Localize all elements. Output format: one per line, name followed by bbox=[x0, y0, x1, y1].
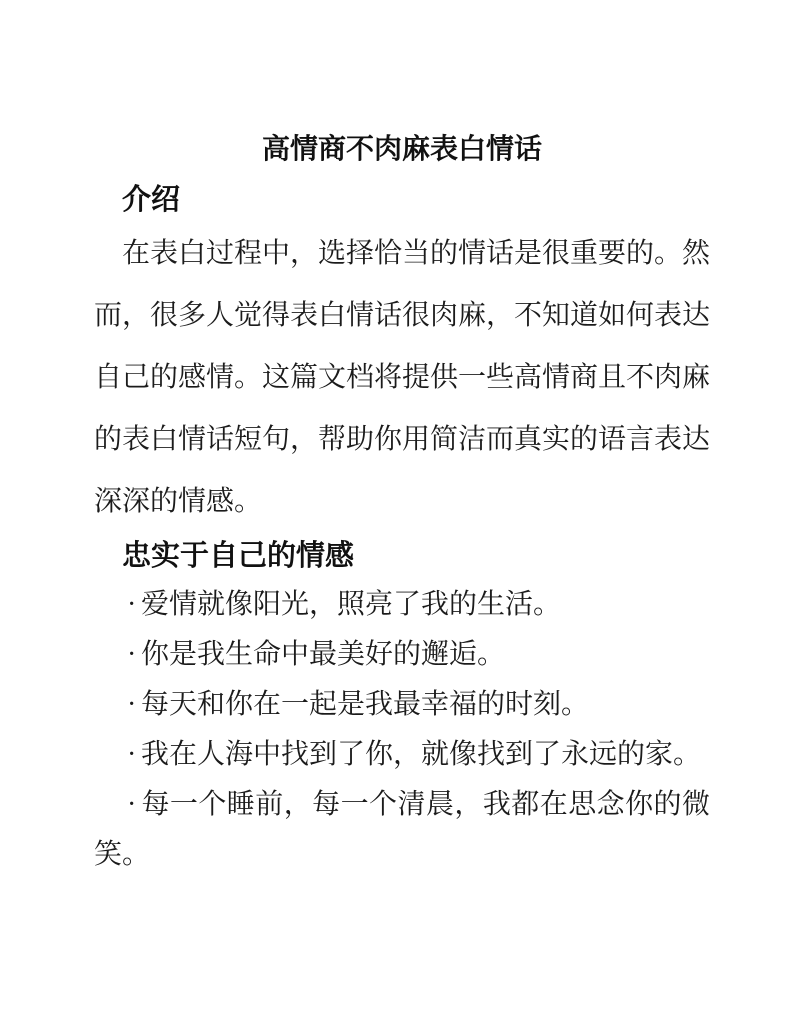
bullet-icon: · bbox=[127, 680, 141, 730]
bullet-icon: · bbox=[127, 580, 141, 630]
list-item-text: 我在人海中找到了你，就像找到了永远的家。 bbox=[141, 739, 701, 770]
document-title: 高情商不肉麻表白情话 bbox=[94, 132, 710, 166]
list-item: ·每天和你在一起是我最幸福的时刻。 bbox=[94, 680, 710, 730]
bullet-icon: · bbox=[127, 630, 141, 680]
bullet-icon: · bbox=[127, 780, 141, 830]
list-item: ·你是我生命中最美好的邂逅。 bbox=[94, 630, 710, 680]
document-content: 高情商不肉麻表白情话 介绍 在表白过程中，选择恰当的情话是很重要的。然而，很多人… bbox=[0, 0, 800, 880]
list-item-text: 你是我生命中最美好的邂逅。 bbox=[141, 639, 505, 670]
list-item: ·我在人海中找到了你，就像找到了永远的家。 bbox=[94, 730, 710, 780]
list-item-text: 爱情就像阳光，照亮了我的生活。 bbox=[141, 589, 561, 620]
list-item-text: 每一个睡前，每一个清晨，我都在思念你的微笑。 bbox=[94, 789, 710, 870]
section-heading-emotions: 忠实于自己的情感 bbox=[122, 540, 710, 572]
section-heading-intro: 介绍 bbox=[122, 184, 710, 216]
intro-paragraph: 在表白过程中，选择恰当的情话是很重要的。然而，很多人觉得表白情话很肉麻，不知道如… bbox=[94, 223, 710, 533]
bullet-icon: · bbox=[127, 730, 141, 780]
list-item-text: 每天和你在一起是我最幸福的时刻。 bbox=[141, 689, 589, 720]
list-item: ·每一个睡前，每一个清晨，我都在思念你的微笑。 bbox=[94, 780, 710, 880]
bullet-list: ·爱情就像阳光，照亮了我的生活。 ·你是我生命中最美好的邂逅。 ·每天和你在一起… bbox=[94, 580, 710, 880]
list-item: ·爱情就像阳光，照亮了我的生活。 bbox=[94, 580, 710, 630]
document-page: 高情商不肉麻表白情话 介绍 在表白过程中，选择恰当的情话是很重要的。然而，很多人… bbox=[0, 0, 800, 1035]
